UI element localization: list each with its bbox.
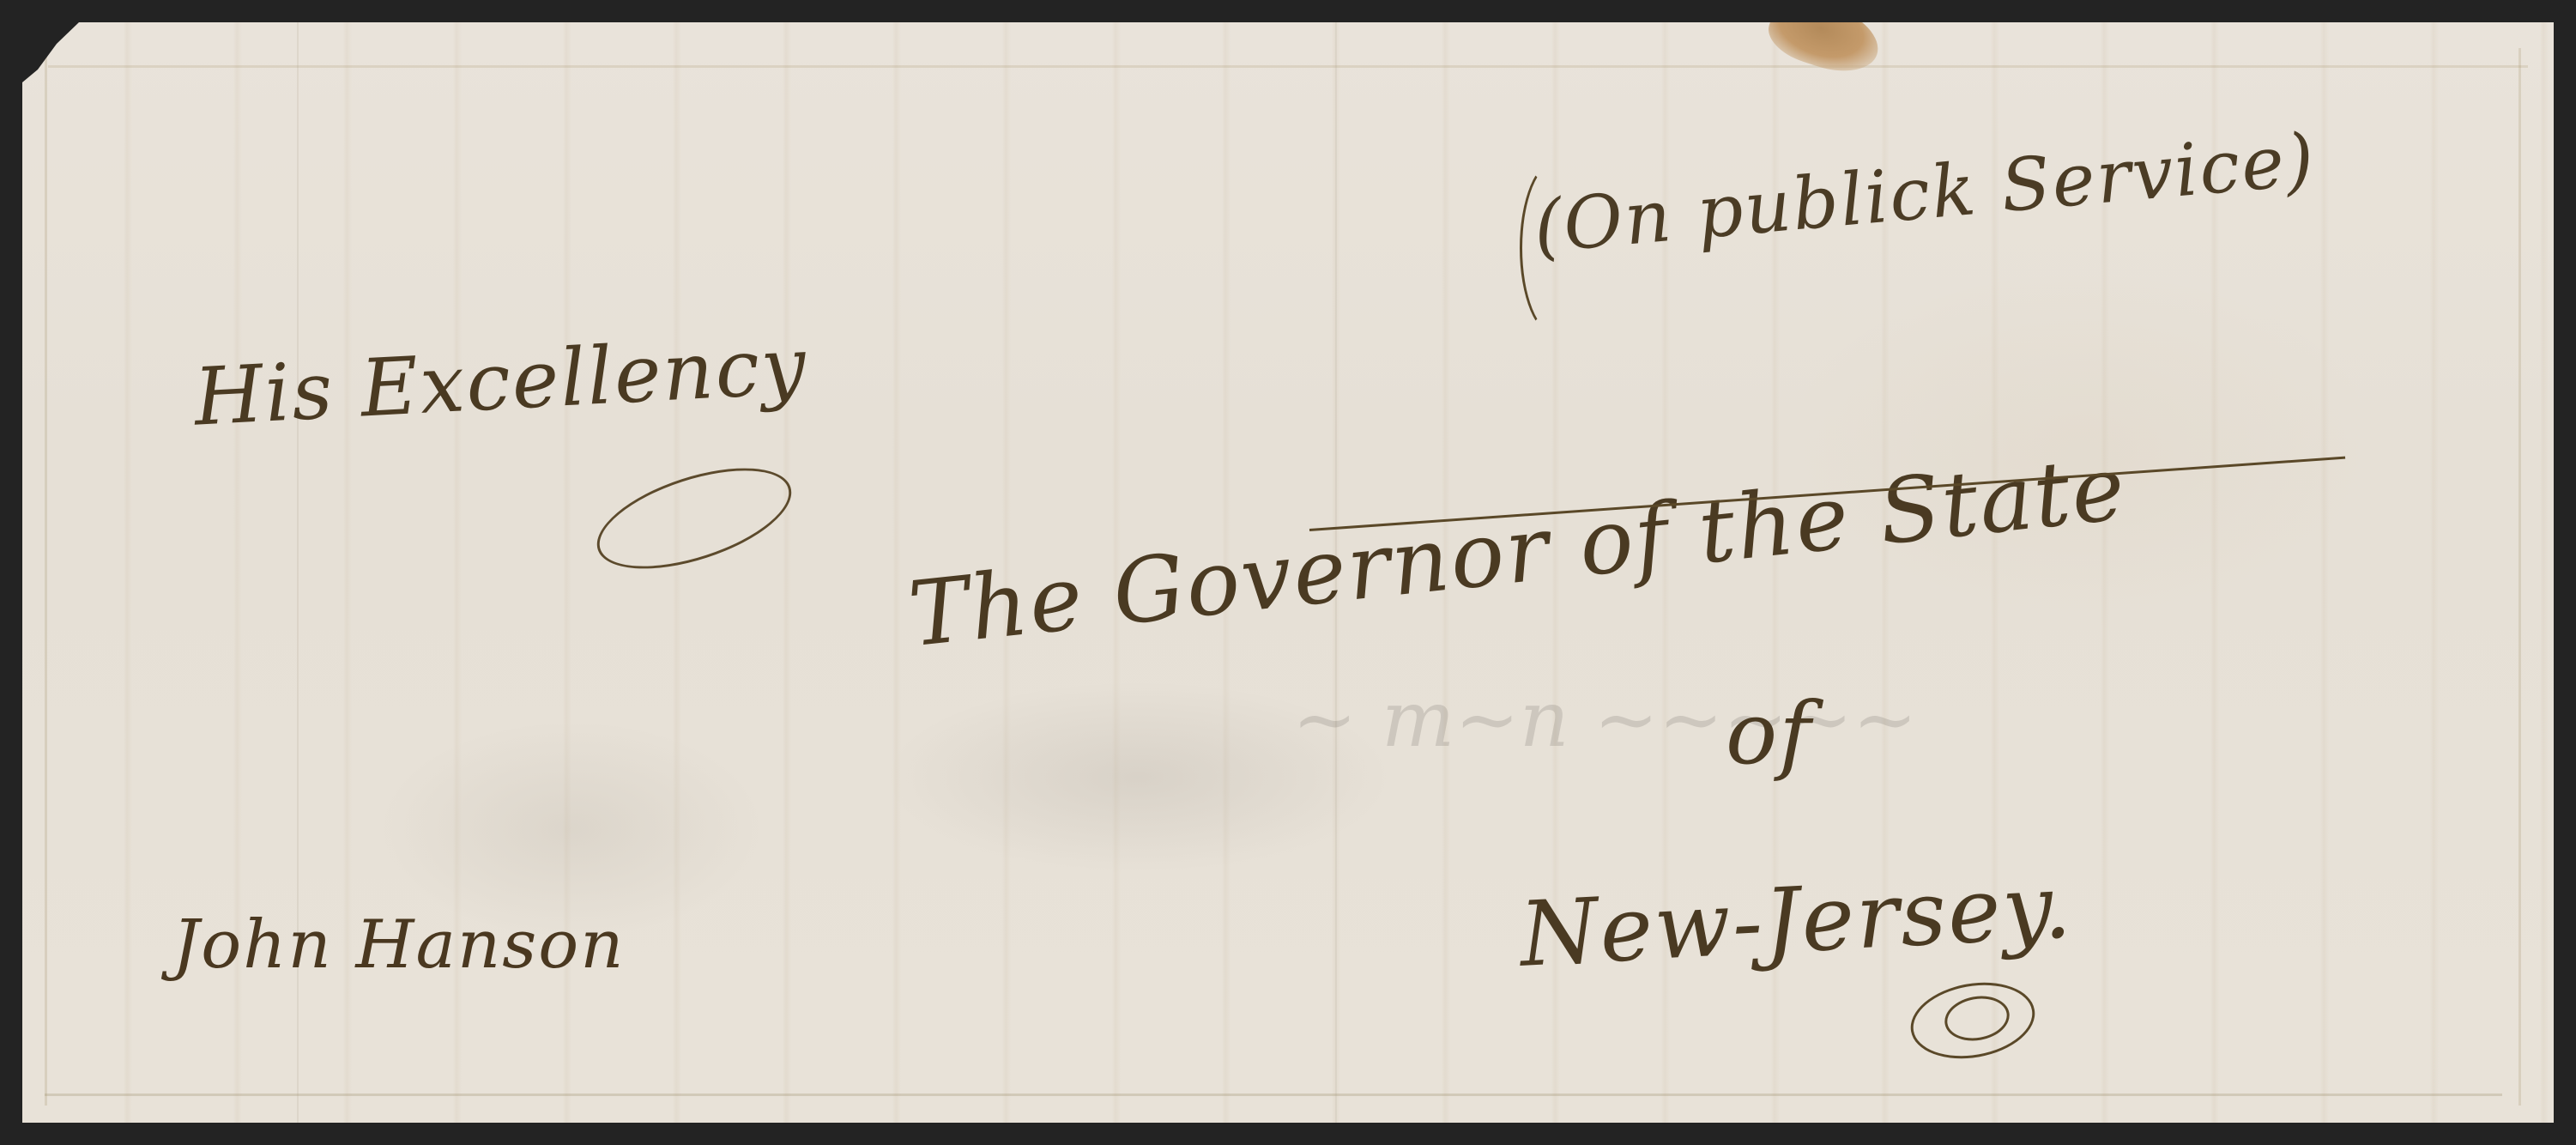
fold-line-bottom bbox=[45, 1094, 2502, 1096]
public-service-endorsement: (On publick Service) bbox=[1530, 117, 2319, 269]
bleedthrough-ink: ~ m~n ~~~~~ bbox=[1292, 675, 1917, 765]
salutation-his-excellency: His Excellency bbox=[192, 319, 810, 443]
document-viewer: ~ m~n ~~~~~ (On publick Service) His Exc… bbox=[0, 0, 2576, 1145]
fold-line-right bbox=[2519, 48, 2521, 1106]
addressee-governor-line: The Governor of the State bbox=[904, 435, 2132, 667]
letter-sheet: ~ m~n ~~~~~ (On publick Service) His Exc… bbox=[22, 22, 2554, 1123]
frank-signature-john-hanson: John Hanson bbox=[172, 906, 625, 984]
addressee-new-jersey-line: New-Jersey. bbox=[1517, 853, 2075, 987]
fold-line-left bbox=[45, 57, 47, 1106]
excellency-flourish bbox=[585, 448, 803, 589]
fold-line-top bbox=[48, 65, 2528, 68]
addressee-of-line: of bbox=[1726, 683, 1812, 784]
wax-seal-stain bbox=[1762, 22, 1887, 82]
